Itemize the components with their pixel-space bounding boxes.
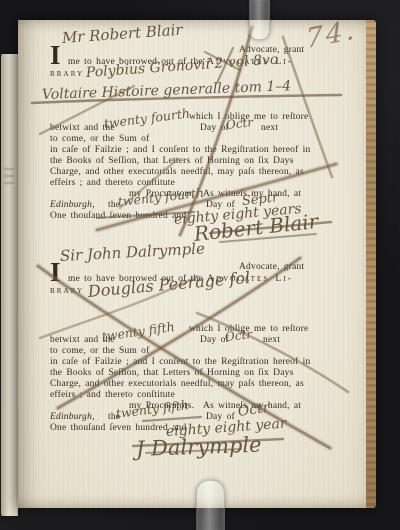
- form-line-failzie3: Charge, and other executorials needful, …: [50, 380, 304, 390]
- page-holder-top: [249, 0, 270, 40]
- ledger-page: 74. I Mr Robert Blair Advocate, grant me…: [18, 20, 374, 508]
- form-line-brary: brary: [50, 70, 84, 80]
- form-initial: I: [50, 259, 61, 286]
- page-holder-bottom: [196, 480, 225, 530]
- sign-day: twenty fifth: [115, 399, 189, 420]
- form-next: next: [261, 124, 278, 134]
- form-initial: I: [50, 42, 61, 69]
- page-deckle-edge: [366, 20, 376, 508]
- borrower-signature: J Dalrymple: [136, 435, 262, 460]
- form-line-onethousand: One thouſand ſeven hundred and: [50, 212, 186, 222]
- return-day: twenty fourth: [103, 108, 190, 131]
- borrower-name: Mr Robert Blair: [61, 23, 183, 46]
- form-line-failzie3: Charge, and other executorials needful, …: [50, 168, 304, 178]
- showthrough-text: [4, 168, 14, 170]
- form-line-failzie1: in caſe of Failzie ; and I conſent to th…: [50, 146, 310, 156]
- form-line-brary: brary: [50, 287, 84, 297]
- book-title-2: Voltaire Histoire generalle tom 1–4: [42, 79, 292, 102]
- form-line-tocome: to come, or the Sum of: [50, 135, 149, 145]
- return-month: Octr: [225, 116, 253, 131]
- page-number: 74.: [305, 16, 357, 53]
- return-day: twenty fifth: [101, 321, 175, 344]
- facing-page-edge: [1, 54, 18, 516]
- return-month: Octr: [224, 328, 252, 343]
- form-line-failzie1: in caſe of Failzie ; and I conſent to th…: [50, 358, 310, 368]
- form-line-failzie4: effeirs ; and thereto conſtitute: [50, 391, 175, 401]
- showthrough-text: [4, 182, 14, 184]
- showthrough-text: [4, 175, 14, 177]
- form-next: next: [263, 336, 280, 346]
- form-edinburgh: Edinburgh,: [50, 413, 95, 423]
- form-line-tocome: to come, or the Sum of: [50, 347, 149, 357]
- borrower-name: Sir John Dalrymple: [60, 241, 206, 264]
- form-line-failzie2: the Books of Seſſion, that Letters of Ho…: [50, 369, 294, 379]
- form-day-of: Day of: [200, 124, 229, 134]
- form-edinburgh: Edinburgh,: [50, 201, 95, 211]
- form-line-failzie2: the Books of Seſſion, that Letters of Ho…: [50, 157, 294, 167]
- form-line-failzie4: effeirs ; and thereto conſtitute: [50, 179, 175, 189]
- register-photograph: 74. I Mr Robert Blair Advocate, grant me…: [0, 0, 400, 530]
